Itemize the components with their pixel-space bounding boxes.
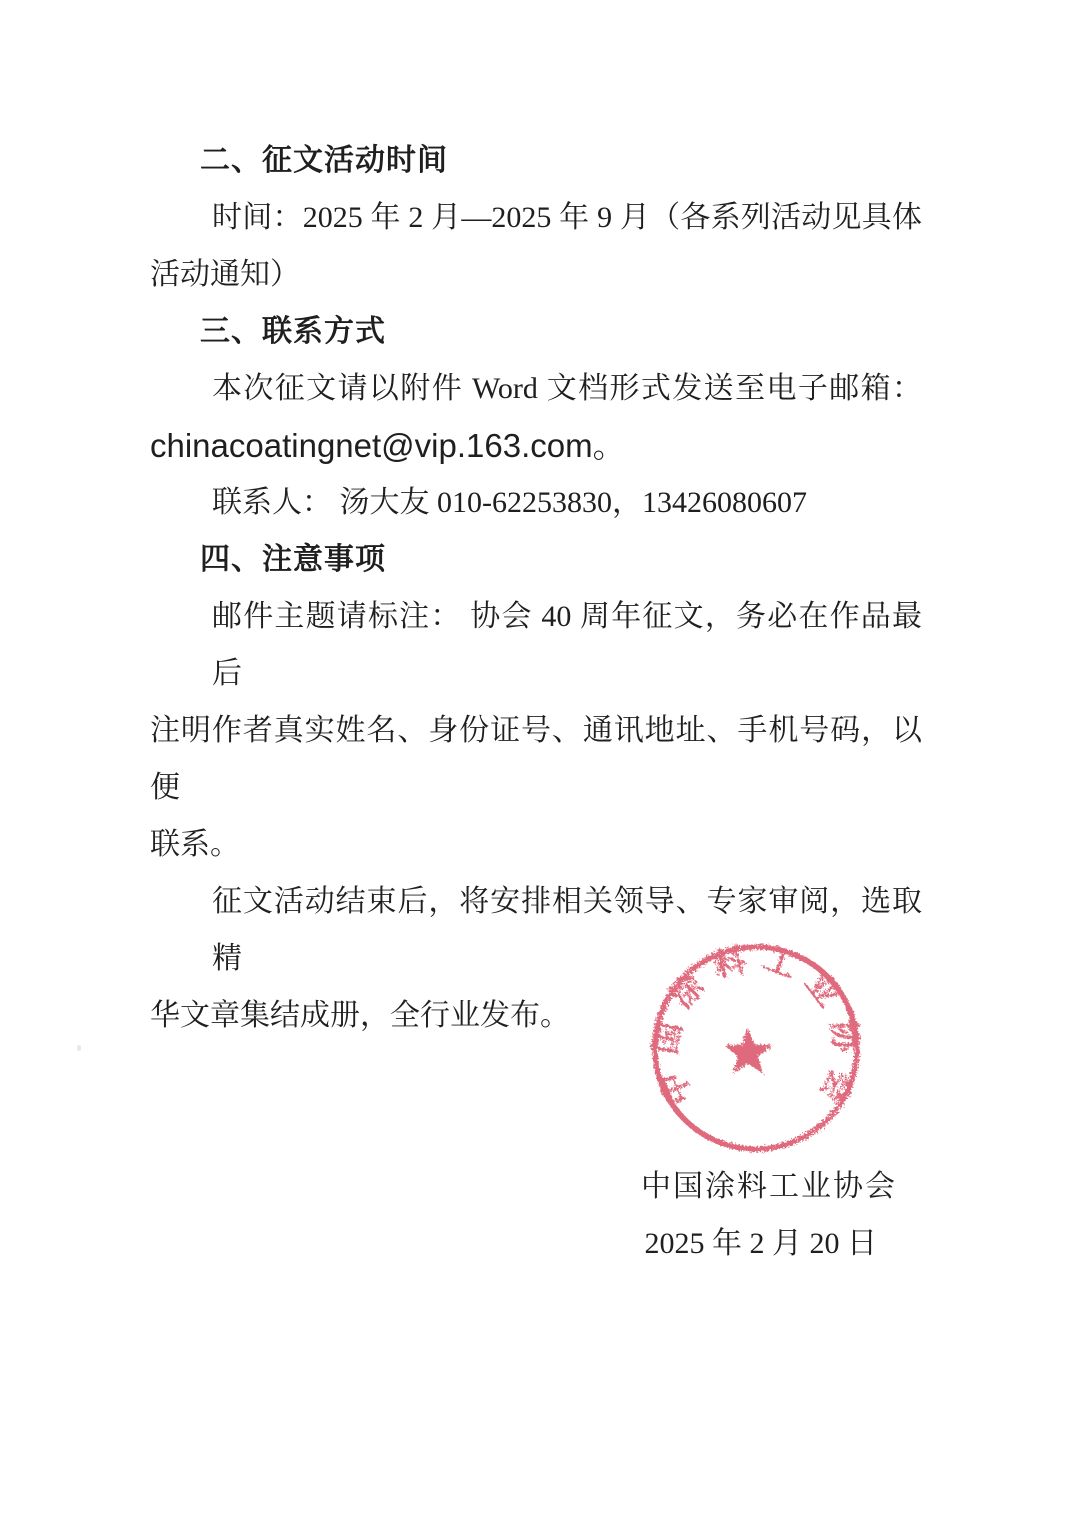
signature-organization: 中国涂料工业协会 (150, 1158, 922, 1215)
signature-block: 中国涂料工业协会 2025 年 2 月 20 日 (150, 1158, 922, 1272)
paragraph-time-line-1: 时间：2025 年 2 月—2025 年 9 月（各系列活动见具体 (150, 189, 922, 246)
official-seal: 中国涂料工业协会 (646, 938, 866, 1158)
paragraph-contact-line-1: 本次征文请以附件 Word 文档形式发送至电子邮箱： (150, 360, 922, 417)
contact-email: chinacoatingnet@vip.163.com。 (150, 417, 922, 474)
seal-ring-text: 中国涂料工业协会 (647, 939, 865, 1120)
section-heading-3: 三、联系方式 (150, 303, 922, 360)
section-heading-4: 四、注意事项 (150, 531, 922, 588)
section-heading-2: 二、征文活动时间 (150, 132, 922, 189)
document-page: 二、征文活动时间 时间：2025 年 2 月—2025 年 9 月（各系列活动见… (0, 0, 1080, 1527)
paragraph-time-line-2: 活动通知） (150, 246, 922, 303)
paragraph-notes-line-2: 注明作者真实姓名、身份证号、通讯地址、手机号码，以便 (150, 702, 922, 816)
scan-speck (77, 1045, 81, 1051)
paragraph-notes-line-3: 联系。 (150, 816, 922, 873)
signature-date: 2025 年 2 月 20 日 (150, 1215, 922, 1272)
paragraph-notes-line-1: 邮件主题请标注： 协会 40 周年征文，务必在作品最后 (150, 588, 922, 702)
contact-person-line: 联系人： 汤大友 010-62253830，13426080607 (150, 474, 922, 531)
star-icon (723, 1027, 772, 1074)
